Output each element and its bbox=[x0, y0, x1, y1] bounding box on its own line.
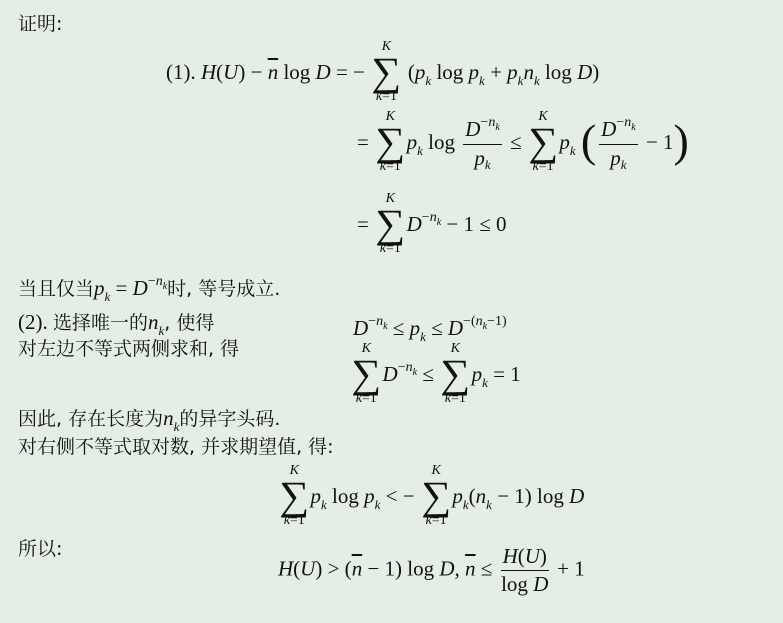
equality-condition: 当且仅当pk = D−nk时, 等号成立. bbox=[18, 278, 280, 302]
fraction: H(U)log D bbox=[501, 545, 549, 596]
log-expectation-text: 对右侧不等式取对数, 并求期望值, 得: bbox=[18, 438, 334, 457]
part2-sum-text: 对左边不等式两侧求和, 得 bbox=[18, 340, 239, 359]
final-result-math: H(U) > (n − 1) log D, n ≤ H(U)log D + 1 bbox=[278, 545, 585, 596]
sum-symbol-icon: K∑k=1 bbox=[352, 342, 381, 406]
fraction: D−nkpk bbox=[463, 118, 502, 171]
sum-symbol-icon: K∑k=1 bbox=[441, 342, 470, 406]
fraction: D−nkpk bbox=[599, 118, 638, 171]
sum-symbol-icon: K∑k=1 bbox=[376, 192, 405, 256]
sum-symbol-icon: K∑k=1 bbox=[376, 110, 405, 174]
part2-choose-math: D−nk ≤ pk ≤ D−(nk−1) bbox=[353, 318, 507, 342]
part1-equation-line1: (1). H(U) − n log D = − K∑k=1 (pk log pk… bbox=[166, 42, 599, 106]
part1-equation-line3: = K∑k=1D−nk − 1 ≤ 0 bbox=[357, 194, 507, 258]
part2-choose-text: (2). 选择唯一的nk, 使得 bbox=[18, 312, 214, 333]
part1-label: (1). bbox=[166, 60, 196, 84]
sum-symbol-icon: K∑k=1 bbox=[280, 464, 309, 528]
log-inequality-math: K∑k=1pk log pk < − K∑k=1pk(nk − 1) log D bbox=[278, 466, 584, 530]
sum-symbol-icon: K∑k=1 bbox=[529, 110, 558, 174]
sum-symbol-icon: K∑k=1 bbox=[372, 40, 401, 104]
sum-symbol-icon: K∑k=1 bbox=[422, 464, 451, 528]
proof-heading: 证明: bbox=[18, 15, 62, 34]
therefore-text: 所以: bbox=[18, 540, 62, 559]
exists-prefix-code-text: 因此, 存在长度为nk的异字头码. bbox=[18, 408, 280, 429]
part1-equation-line2: = K∑k=1pk log D−nkpk ≤ K∑k=1pk (D−nkpk −… bbox=[357, 112, 689, 176]
part2-sum-math: K∑k=1D−nk ≤ K∑k=1pk = 1 bbox=[350, 344, 521, 408]
